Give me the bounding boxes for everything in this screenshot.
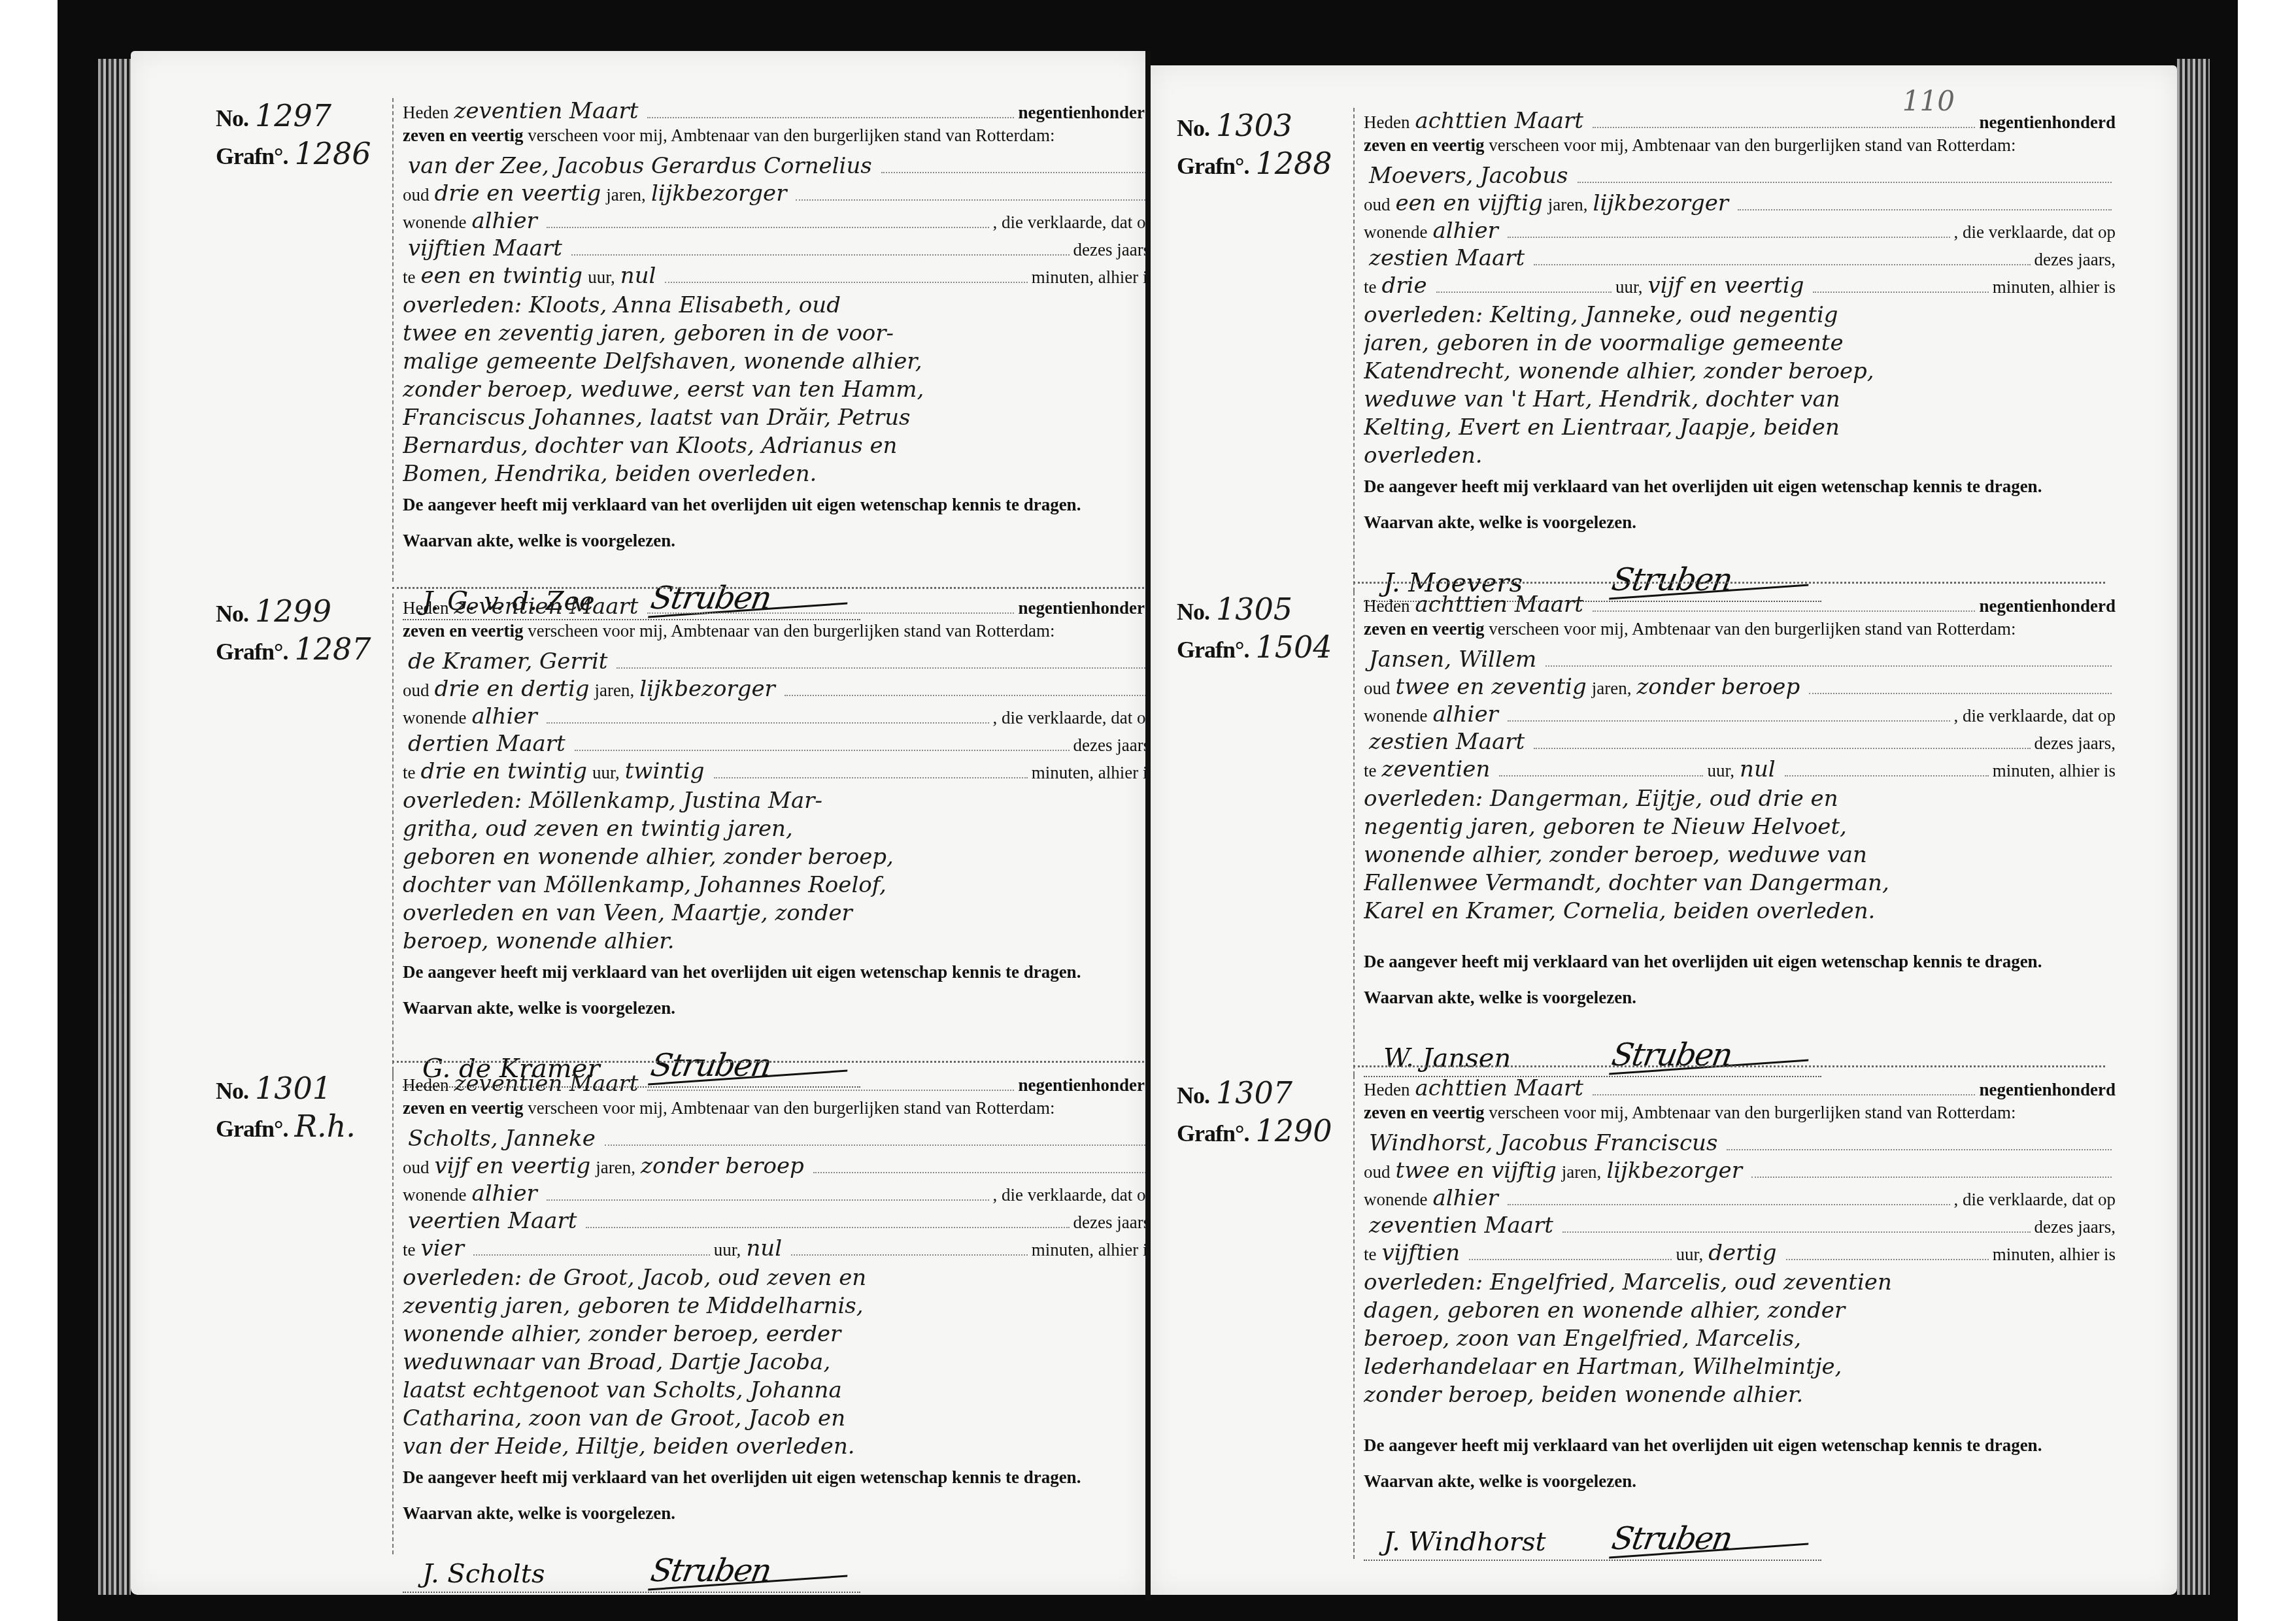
death-hour: een en twintig <box>421 263 583 289</box>
declarant-residence: alhier <box>471 1180 537 1207</box>
death-date: zeventien Maart <box>1369 1212 1553 1239</box>
record-body: Hedenachttien Maartnegentienhonderd zeve… <box>1353 108 2116 592</box>
grave-number: 1287 <box>294 631 371 667</box>
no-label: No. <box>216 105 248 132</box>
declarant-residence: alhier <box>1432 218 1498 244</box>
residence-label: wonende <box>403 708 466 728</box>
hour-label: uur, <box>1676 1245 1703 1265</box>
heden-label: Heden <box>403 1075 448 1095</box>
minutes-label: minuten, alhier is <box>1993 1245 2116 1265</box>
year-label-2: zeven en veertig <box>1364 619 1484 639</box>
death-date: dertien Maart <box>408 731 566 757</box>
record-margin: No.1307 Grafn°.1290 <box>1177 1075 1347 1151</box>
no-label: No. <box>216 600 248 627</box>
grafno-label: Grafn°. <box>216 1115 288 1143</box>
heden-label: Heden <box>1364 596 1410 616</box>
year-label: negentienhonderd <box>1018 103 1155 123</box>
reading-statement: Waarvan akte, welke is voorgelezen. <box>1364 988 2116 1008</box>
no-label: No. <box>1177 598 1209 626</box>
reading-statement: Waarvan akte, welke is voorgelezen. <box>403 998 1155 1018</box>
record-number: 1303 <box>1216 108 1292 143</box>
declarant-residence: alhier <box>1432 1185 1498 1211</box>
hour-label: uur, <box>588 267 615 288</box>
at-label: te <box>403 267 416 288</box>
book-edge-right <box>2177 59 2210 1595</box>
left-page: No.1297 Grafn°.1286 Hedenzeventien Maart… <box>131 51 1145 1595</box>
signature-line: J. Scholts Struben <box>403 1539 860 1593</box>
record-date: achttien Maart <box>1415 108 1583 134</box>
residence-label: wonende <box>1364 706 1427 726</box>
record-body: Hedenzeventien Maartnegentienhonderd zev… <box>392 593 1155 1077</box>
at-label: te <box>1364 277 1377 297</box>
age-label: oud <box>403 185 430 205</box>
record-date: zeventien Maart <box>454 98 638 124</box>
residence-label: wonende <box>403 212 466 233</box>
grafno-label: Grafn°. <box>1177 152 1249 180</box>
this-year-label: dezes jaars, <box>1073 735 1155 756</box>
death-hour: zeventien <box>1382 756 1491 782</box>
heden-label: Heden <box>403 598 448 618</box>
years-label: jaren, <box>595 680 635 701</box>
declarant-name: Windhorst, Jacobus Franciscus <box>1369 1130 1717 1156</box>
age-label: oud <box>1364 678 1391 699</box>
appeared-label: verscheen voor mij, Ambtenaar van den bu… <box>1489 1103 2016 1123</box>
grave-number: R.h. <box>294 1109 356 1144</box>
declarant-occupation: zonder beroep <box>641 1153 804 1179</box>
declarant-name: van der Zee, Jacobus Gerardus Cornelius <box>408 153 872 179</box>
declarant-residence: alhier <box>471 703 537 729</box>
death-hour: drie en twintig <box>421 758 588 784</box>
declared-label: , die verklaarde, dat op <box>1954 1190 2116 1210</box>
death-minutes: vijf en veertig <box>1648 273 1804 299</box>
year-label-2: zeven en veertig <box>1364 135 1484 156</box>
year-label: negentienhonderd <box>1979 596 2116 616</box>
minutes-label: minuten, alhier is <box>1032 1240 1155 1260</box>
declared-label: , die verklaarde, dat op <box>993 708 1155 728</box>
no-label: No. <box>1177 114 1209 142</box>
official-signature: Struben <box>1609 1520 1734 1557</box>
death-minutes: nul <box>746 1235 782 1262</box>
official-signature: Struben <box>648 1552 773 1589</box>
declarant-age: een en vijftig <box>1396 190 1543 216</box>
grafno-label: Grafn°. <box>216 142 288 170</box>
declarant-name: Moevers, Jacobus <box>1369 163 1568 189</box>
heden-label: Heden <box>403 103 448 123</box>
deceased-narrative: overleden: Kelting, Janneke, oud negenti… <box>1364 301 2096 470</box>
minutes-label: minuten, alhier is <box>1993 761 2116 781</box>
record-number: 1305 <box>1216 592 1292 627</box>
hour-label: uur, <box>592 763 620 783</box>
declarant-occupation: lijkbezorger <box>651 180 787 207</box>
declarant-age: drie en dertig <box>435 676 590 702</box>
death-record-entry: No.1297 Grafn°.1286 Hedenzeventien Maart… <box>216 98 1144 582</box>
entry-divider <box>392 587 1144 589</box>
right-page: 110 No.1303 Grafn°.1288 Hedenachttien Ma… <box>1151 65 2177 1595</box>
minutes-label: minuten, alhier is <box>1032 763 1155 783</box>
death-minutes: dertig <box>1708 1240 1776 1266</box>
this-year-label: dezes jaars, <box>1073 1212 1155 1233</box>
declaration-statement: De aangever heeft mij verklaard van het … <box>1364 952 2116 972</box>
declarant-signature: W. Jansen <box>1383 1043 1511 1073</box>
death-date: zestien Maart <box>1369 729 1525 755</box>
this-year-label: dezes jaars, <box>2034 250 2116 270</box>
age-label: oud <box>1364 195 1391 215</box>
appeared-label: verscheen voor mij, Ambtenaar van den bu… <box>528 1098 1055 1118</box>
at-label: te <box>403 1240 416 1260</box>
declarant-occupation: zonder beroep <box>1636 674 1800 700</box>
reading-statement: Waarvan akte, welke is voorgelezen. <box>403 1503 1155 1524</box>
age-label: oud <box>403 680 430 701</box>
grave-number: 1288 <box>1255 146 1332 181</box>
declarant-occupation: lijkbezorger <box>1593 190 1729 216</box>
declarant-name: Scholts, Janneke <box>408 1126 596 1152</box>
book-edge-left <box>98 59 131 1595</box>
declarant-age: drie en veertig <box>435 180 601 207</box>
record-number: 1301 <box>255 1071 331 1106</box>
record-margin: No.1303 Grafn°.1288 <box>1177 108 1347 184</box>
this-year-label: dezes jaars, <box>2034 1217 2116 1237</box>
record-number: 1307 <box>1216 1075 1292 1111</box>
appeared-label: verscheen voor mij, Ambtenaar van den bu… <box>1489 135 2016 156</box>
signature-line: W. Jansen Struben <box>1364 1024 1821 1077</box>
residence-label: wonende <box>403 1185 466 1205</box>
death-record-entry: No.1303 Grafn°.1288 Hedenachttien Maartn… <box>1177 108 2105 592</box>
year-label: negentienhonderd <box>1018 598 1155 618</box>
death-record-entry: No.1299 Grafn°.1287 Hedenzeventien Maart… <box>216 593 1144 1077</box>
record-date: achttien Maart <box>1415 1075 1583 1101</box>
this-year-label: dezes jaars, <box>2034 733 2116 754</box>
grafno-label: Grafn°. <box>1177 636 1249 663</box>
hour-label: uur, <box>1707 761 1734 781</box>
declared-label: , die verklaarde, dat op <box>993 1185 1155 1205</box>
reading-statement: Waarvan akte, welke is voorgelezen. <box>1364 1471 2116 1492</box>
residence-label: wonende <box>1364 222 1427 242</box>
deceased-narrative: overleden: Dangerman, Eijtje, oud drie e… <box>1364 785 2096 926</box>
record-margin: No.1301 Grafn°.R.h. <box>216 1071 386 1146</box>
declared-label: , die verklaarde, dat op <box>1954 706 2116 726</box>
reading-statement: Waarvan akte, welke is voorgelezen. <box>1364 512 2116 533</box>
declarant-signature: J. Windhorst <box>1383 1527 1546 1557</box>
hour-label: uur, <box>1615 277 1643 297</box>
record-body: Hedenachttien Maartnegentienhonderd zeve… <box>1353 592 2116 1075</box>
death-hour: drie <box>1382 273 1427 299</box>
appeared-label: verscheen voor mij, Ambtenaar van den bu… <box>528 621 1055 641</box>
record-margin: No.1299 Grafn°.1287 <box>216 593 386 669</box>
at-label: te <box>1364 761 1377 781</box>
declaration-statement: De aangever heeft mij verklaard van het … <box>403 1467 1155 1488</box>
entry-divider <box>392 1061 1144 1063</box>
declared-label: , die verklaarde, dat op <box>993 212 1155 233</box>
year-label-2: zeven en veertig <box>1364 1103 1484 1123</box>
declarant-age: twee en zeventig <box>1396 674 1587 700</box>
record-number: 1299 <box>255 593 331 629</box>
declarant-age: twee en vijftig <box>1396 1158 1557 1184</box>
years-label: jaren, <box>606 185 646 205</box>
record-date: zeventien Maart <box>454 1071 638 1097</box>
no-label: No. <box>1177 1082 1209 1109</box>
declaration-statement: De aangever heeft mij verklaard van het … <box>403 962 1155 982</box>
reading-statement: Waarvan akte, welke is voorgelezen. <box>403 531 1155 551</box>
minutes-label: minuten, alhier is <box>1032 267 1155 288</box>
record-body: Hedenachttien Maartnegentienhonderd zeve… <box>1353 1075 2116 1559</box>
death-date: veertien Maart <box>408 1208 577 1234</box>
death-date: vijftien Maart <box>408 235 562 261</box>
this-year-label: dezes jaars, <box>1073 240 1155 260</box>
book-gutter <box>1145 51 1151 1600</box>
grafno-label: Grafn°. <box>1177 1120 1249 1147</box>
at-label: te <box>403 763 416 783</box>
death-hour: vier <box>421 1235 464 1262</box>
declarant-occupation: lijkbezorger <box>1606 1158 1742 1184</box>
heden-label: Heden <box>1364 112 1410 133</box>
residence-label: wonende <box>1364 1190 1427 1210</box>
record-margin: No.1297 Grafn°.1286 <box>216 98 386 174</box>
declarant-residence: alhier <box>1432 701 1498 727</box>
year-label-2: zeven en veertig <box>403 621 523 641</box>
death-date: zestien Maart <box>1369 245 1525 271</box>
death-minutes: nul <box>1740 756 1776 782</box>
entry-divider <box>1353 1065 2105 1067</box>
deceased-narrative: overleden: Möllenkamp, Justina Mar- grit… <box>403 787 1135 956</box>
year-label: negentienhonderd <box>1979 112 2116 133</box>
appeared-label: verscheen voor mij, Ambtenaar van den bu… <box>1489 619 2016 639</box>
record-body: Hedenzeventien Maartnegentienhonderd zev… <box>392 1071 1155 1554</box>
record-margin: No.1305 Grafn°.1504 <box>1177 592 1347 667</box>
death-record-entry: No.1301 Grafn°.R.h. Hedenzeventien Maart… <box>216 1071 1144 1554</box>
appeared-label: verscheen voor mij, Ambtenaar van den bu… <box>528 125 1055 146</box>
death-hour: vijftien <box>1382 1240 1460 1266</box>
grave-number: 1504 <box>1255 629 1332 665</box>
years-label: jaren, <box>1562 1162 1602 1182</box>
heden-label: Heden <box>1364 1080 1410 1100</box>
year-label-2: zeven en veertig <box>403 1098 523 1118</box>
declared-label: , die verklaarde, dat op <box>1954 222 2116 242</box>
years-label: jaren, <box>1548 195 1588 215</box>
death-record-entry: No.1305 Grafn°.1504 Hedenachttien Maartn… <box>1177 592 2105 1075</box>
official-signature: Struben <box>1609 1037 1734 1073</box>
death-record-entry: No.1307 Grafn°.1290 Hedenachttien Maartn… <box>1177 1075 2105 1559</box>
grave-number: 1290 <box>1255 1113 1332 1148</box>
minutes-label: minuten, alhier is <box>1993 277 2116 297</box>
year-label: negentienhonderd <box>1979 1080 2116 1100</box>
declaration-statement: De aangever heeft mij verklaard van het … <box>1364 476 2116 497</box>
years-label: jaren, <box>1592 678 1632 699</box>
no-label: No. <box>216 1077 248 1105</box>
deceased-narrative: overleden: Kloots, Anna Elisabeth, oud t… <box>403 292 1135 488</box>
year-label-2: zeven en veertig <box>403 125 523 146</box>
record-date: achttien Maart <box>1415 592 1583 618</box>
hour-label: uur, <box>714 1240 741 1260</box>
entry-divider <box>1353 582 2105 584</box>
death-minutes: nul <box>620 263 656 289</box>
declarant-occupation: lijkbezorger <box>639 676 775 702</box>
signature-line: J. Windhorst Struben <box>1364 1507 1821 1561</box>
declarant-name: Jansen, Willem <box>1369 646 1536 673</box>
grafno-label: Grafn°. <box>216 638 288 665</box>
declarant-signature: J. Scholts <box>422 1559 545 1589</box>
years-label: jaren, <box>596 1158 635 1178</box>
age-label: oud <box>1364 1162 1391 1182</box>
deceased-narrative: overleden: de Groot, Jacob, oud zeven en… <box>403 1264 1135 1461</box>
year-label: negentienhonderd <box>1018 1075 1155 1095</box>
record-date: zeventien Maart <box>454 593 638 620</box>
at-label: te <box>1364 1245 1377 1265</box>
record-body: Hedenzeventien Maartnegentienhonderd zev… <box>392 98 1155 582</box>
declaration-statement: De aangever heeft mij verklaard van het … <box>403 495 1155 515</box>
record-number: 1297 <box>255 98 331 133</box>
declarant-age: vijf en veertig <box>435 1153 591 1179</box>
declarant-name: de Kramer, Gerrit <box>408 648 607 675</box>
grave-number: 1286 <box>294 136 371 171</box>
deceased-narrative: overleden: Engelfried, Marcelis, oud zev… <box>1364 1269 2096 1409</box>
age-label: oud <box>403 1158 430 1178</box>
declarant-residence: alhier <box>471 208 537 234</box>
declaration-statement: De aangever heeft mij verklaard van het … <box>1364 1435 2116 1456</box>
death-minutes: twintig <box>625 758 705 784</box>
